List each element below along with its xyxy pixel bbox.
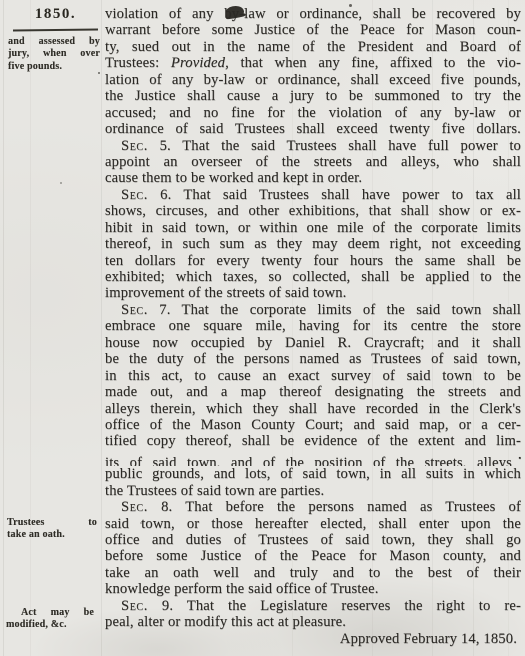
text-line: tified copy thereof, shall be evidence o… — [105, 433, 521, 449]
text-line: made out, and a map thereof designating … — [105, 384, 521, 400]
text-line: office and duties of Trustees of said to… — [105, 532, 521, 548]
text-line: ty, sued out in the name of the Presiden… — [105, 39, 521, 55]
text-line: appoint an overseer of the streets and a… — [105, 154, 521, 170]
body-text-column: violation of any by-law or ordinance, sh… — [105, 6, 521, 647]
text-segment: ordinance of said Trustees shall exceed … — [105, 121, 521, 137]
text-segment: be the duty of the persons named as Trus… — [105, 351, 521, 367]
text-segment: before some Justice of the Peace for Mas… — [105, 548, 521, 564]
text-line: warrant before some Justice of the Peace… — [105, 22, 521, 38]
section-label: Sec. — [121, 187, 148, 203]
text-line: shows, circuses, and other exhibitions, … — [105, 203, 521, 219]
print-defect-mark: ▪ — [512, 454, 521, 462]
text-segment: exhibited; which taxes, so collected, sh… — [105, 269, 521, 285]
text-line: Sec. 7. That the corporate limits of the… — [105, 302, 521, 318]
text-line: Sec. 5. That the said Trustees shall hav… — [105, 138, 521, 154]
text-segment: office and duties of Trustees of said to… — [105, 532, 521, 548]
text-segment: alleys therein, which they shall have re… — [105, 401, 521, 417]
text-segment: hibit in said town, or within one mile o… — [105, 220, 521, 236]
page-year-header: 1850. — [13, 6, 98, 23]
text-segment: embrace one square mile, having for its … — [105, 318, 521, 334]
text-line: house now occupied by Daniel R. Craycraf… — [105, 335, 521, 351]
text-line: in this act, to cause an exact survey of… — [105, 368, 521, 384]
text-line: ordinance of said Trustees shall exceed … — [105, 121, 521, 137]
text-segment: improvement of the streets of said town. — [105, 285, 346, 301]
text-segment: warrant before some Justice of the Peace… — [105, 22, 521, 38]
text-segment: Trustees: — [105, 55, 171, 71]
text-segment: said town, or those hereafter elected, s… — [105, 516, 521, 532]
margin-note-line: five pounds. — [8, 61, 100, 73]
text-line: Trustees: Provided, that when any fine, … — [105, 55, 521, 71]
text-segment: Provided, — [171, 55, 229, 71]
text-line: ten dollars for every twenty four hours … — [105, 253, 521, 269]
section-label: Sec. — [121, 499, 148, 515]
text-line: peal, alter or modify this act at pleasu… — [105, 614, 521, 630]
text-line: improvement of the streets of said town. — [105, 285, 521, 301]
text-segment: tified copy thereof, shall be evidence o… — [105, 433, 521, 449]
margin-note-trustees-oath: Trustees totake an oath. — [7, 517, 97, 542]
text-line: the Justice shall cause a jury to be sum… — [105, 88, 521, 104]
text-segment: 9. That the Legislature reserves the rig… — [148, 598, 521, 614]
text-line: office of the Mason County Court; and sa… — [105, 417, 521, 433]
text-line: hibit in said town, or within one mile o… — [105, 220, 521, 236]
margin-note-assessed-by-jury: and assessed byjury, when overfive pound… — [8, 36, 100, 73]
text-segment: lation of any by-law or ordinance, shall… — [105, 72, 521, 88]
scanned-document-page: 1850. and assessed byjury, when overfive… — [0, 0, 525, 656]
text-line: cause them to be worked and kept in orde… — [105, 170, 521, 186]
text-segment: the Justice shall cause a jury to be sum… — [105, 88, 521, 104]
section-label: Sec. — [121, 138, 148, 154]
text-segment: made out, and a map thereof designating … — [105, 384, 521, 400]
paragraph: Sec. 9. That the Legislature reserves th… — [105, 598, 521, 631]
paragraph: Sec. 7. That the corporate limits of the… — [105, 302, 521, 499]
text-segment: the Trustees of said town are parties. — [105, 483, 324, 499]
text-line: Sec. 6. That said Trustees shall have po… — [105, 187, 521, 203]
text-segment: thereof, in such sum as they may deem ri… — [105, 236, 521, 252]
margin-note-line: jury, when over — [8, 48, 100, 60]
text-line: violation of any by-law or ordinance, sh… — [105, 6, 521, 22]
text-line: the Trustees of said town are parties. — [105, 483, 521, 499]
margin-note-line: modified, &c. — [6, 619, 94, 631]
text-segment: 7. That the corporate limits of the said… — [148, 302, 521, 318]
section-label: Sec. — [121, 302, 148, 318]
text-line: Sec. 9. That the Legislature reserves th… — [105, 598, 521, 614]
text-segment: accused; and no fine for the violation o… — [105, 105, 521, 121]
scan-artifact-line — [30, 0, 31, 656]
text-segment: violation of any by-law or ordinance, sh… — [105, 6, 521, 22]
text-line: exhibited; which taxes, so collected, sh… — [105, 269, 521, 285]
text-line: be the duty of the persons named as Trus… — [105, 351, 521, 367]
text-segment: take an oath well and truly and to the b… — [105, 565, 521, 581]
text-line: alleys therein, which they shall have re… — [105, 401, 521, 417]
margin-note-line: and assessed by — [8, 36, 100, 48]
margin-note-line: Act may be — [6, 607, 94, 619]
text-segment: that when any fine, affixed to the vio- — [229, 55, 521, 71]
text-line: said town, or those hereafter elected, s… — [105, 516, 521, 532]
text-line: public grounds, and lots, of said town, … — [105, 466, 521, 482]
text-segment: office of the Mason County Court; and sa… — [105, 417, 521, 433]
text-line: take an oath well and truly and to the b… — [105, 565, 521, 581]
margin-note-line: take an oath. — [7, 529, 97, 541]
paragraph: Sec. 8. That before the persons named as… — [105, 499, 521, 598]
text-segment: knowledge perform the said office of Tru… — [105, 581, 379, 597]
section-label: Sec. — [121, 598, 148, 614]
text-segment: cause them to be worked and kept in orde… — [105, 170, 362, 186]
paragraph: Sec. 6. That said Trustees shall have po… — [105, 187, 521, 302]
text-segment: 6. That said Trustees shall have power t… — [148, 187, 521, 203]
approval-line: Approved February 14, 1850. — [105, 631, 521, 647]
text-line: lation of any by-law or ordinance, shall… — [105, 72, 521, 88]
text-line: accused; and no fine for the violation o… — [105, 105, 521, 121]
paragraphs-container: violation of any by-law or ordinance, sh… — [105, 6, 521, 631]
text-segment: ty, sued out in the name of the Presiden… — [105, 39, 521, 55]
text-segment: 5. That the said Trustees shall have ful… — [148, 138, 521, 154]
text-segment: peal, alter or modify this act at pleasu… — [105, 614, 346, 630]
text-line: its of said town, and of the position of… — [105, 450, 521, 466]
paragraph: Sec. 5. That the said Trustees shall hav… — [105, 138, 521, 187]
text-segment: ten dollars for every twenty four hours … — [105, 253, 521, 269]
text-line: Sec. 8. That before the persons named as… — [105, 499, 521, 515]
text-segment: appoint an overseer of the streets and a… — [105, 154, 521, 170]
scan-artifact-line — [101, 0, 102, 656]
text-line: embrace one square mile, having for its … — [105, 318, 521, 334]
text-segment: in this act, to cause an exact survey of… — [105, 368, 521, 384]
ink-speck — [60, 182, 62, 184]
text-line: thereof, in such sum as they may deem ri… — [105, 236, 521, 252]
text-segment: 8. That before the persons named as Trus… — [148, 499, 521, 515]
paragraph: violation of any by-law or ordinance, sh… — [105, 6, 521, 138]
text-line: before some Justice of the Peace for Mas… — [105, 548, 521, 564]
margin-note-line: Trustees to — [7, 517, 97, 529]
text-segment: its of said town, and of the position of… — [105, 455, 512, 466]
header-rule — [13, 29, 98, 32]
margin-note-act-modified: Act may bemodified, &c. — [6, 607, 94, 632]
text-line: knowledge perform the said office of Tru… — [105, 581, 521, 597]
text-segment: public grounds, and lots, of said town, … — [105, 466, 521, 482]
scan-artifact-line — [3, 0, 4, 656]
text-segment: house now occupied by Daniel R. Craycraf… — [105, 335, 521, 351]
text-segment: shows, circuses, and other exhibitions, … — [105, 203, 521, 219]
